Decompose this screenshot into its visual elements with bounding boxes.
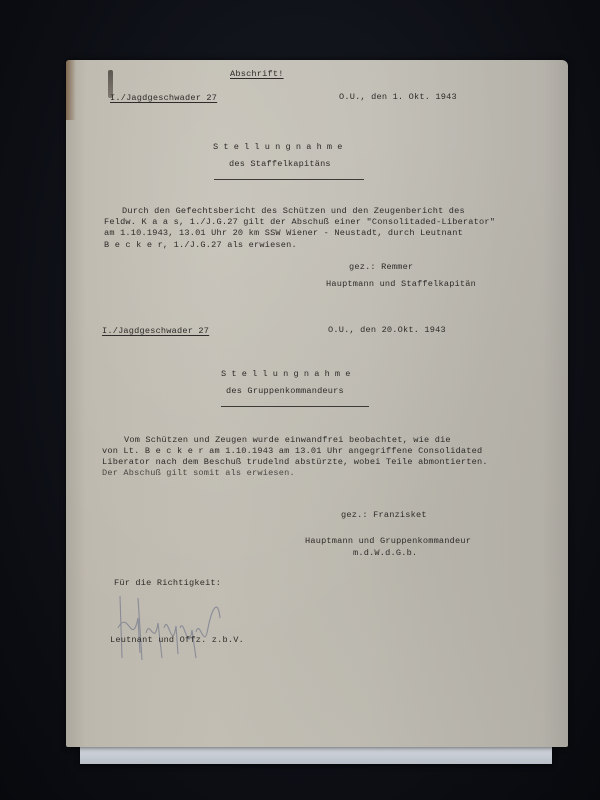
document-page: Abschrift! I./Jagdgeschwader 27 O.U., de… [66,60,568,747]
section-subtitle-1: des Staffelkapitäns [229,159,331,170]
rank-2: Hauptmann und Gruppenkommandeur [305,536,471,547]
body-line-2-1: Vom Schützen und Zeugen wurde einwandfre… [124,435,451,446]
body-line-1-3: am 1.10.1943, 13.01 Uhr 20 km SSW Wiener… [104,228,463,239]
body-line-1-1: Durch den Gefechtsbericht des Schützen u… [122,206,465,217]
body-line-2-4: Der Abschuß gilt somit als erwiesen. [102,468,295,479]
body-line-2-2: von Lt. B e c k e r am 1.10.1943 am 13.0… [102,446,482,457]
place-date-1: O.U., den 1. Okt. 1943 [339,92,457,103]
section-title-2: Stellungnahme [221,369,356,380]
rank-1: Hauptmann und Staffelkapitän [326,279,476,290]
section-subtitle-2: des Gruppenkommandeurs [226,386,344,397]
unit-name-2: I./Jagdgeschwader 27 [102,326,209,337]
unit-name-1: I./Jagdgeschwader 27 [110,93,217,104]
signature-2: gez.: Franzisket [341,510,427,521]
signature-1: gez.: Remmer [349,262,413,273]
body-line-2-3: Liberator nach dem Beschuß trudelnd abst… [102,457,488,468]
body-line-1-2: Feldw. K a a s, 1./J.G.27 gilt der Absch… [104,217,495,228]
section-title-1: Stellungnahme [213,142,348,153]
divider-2 [221,406,369,407]
divider-1 [214,179,364,180]
handwritten-signature [108,588,248,678]
body-line-1-4: B e c k e r, 1./J.G.27 als erwiesen. [104,240,297,251]
place-date-2: O.U., den 20.Okt. 1943 [328,325,446,336]
rank-suffix-2: m.d.W.d.G.b. [353,548,417,559]
certification-rank: Leutnant und Offz. z.b.V. [110,635,244,646]
copy-heading: Abschrift! [230,69,284,80]
